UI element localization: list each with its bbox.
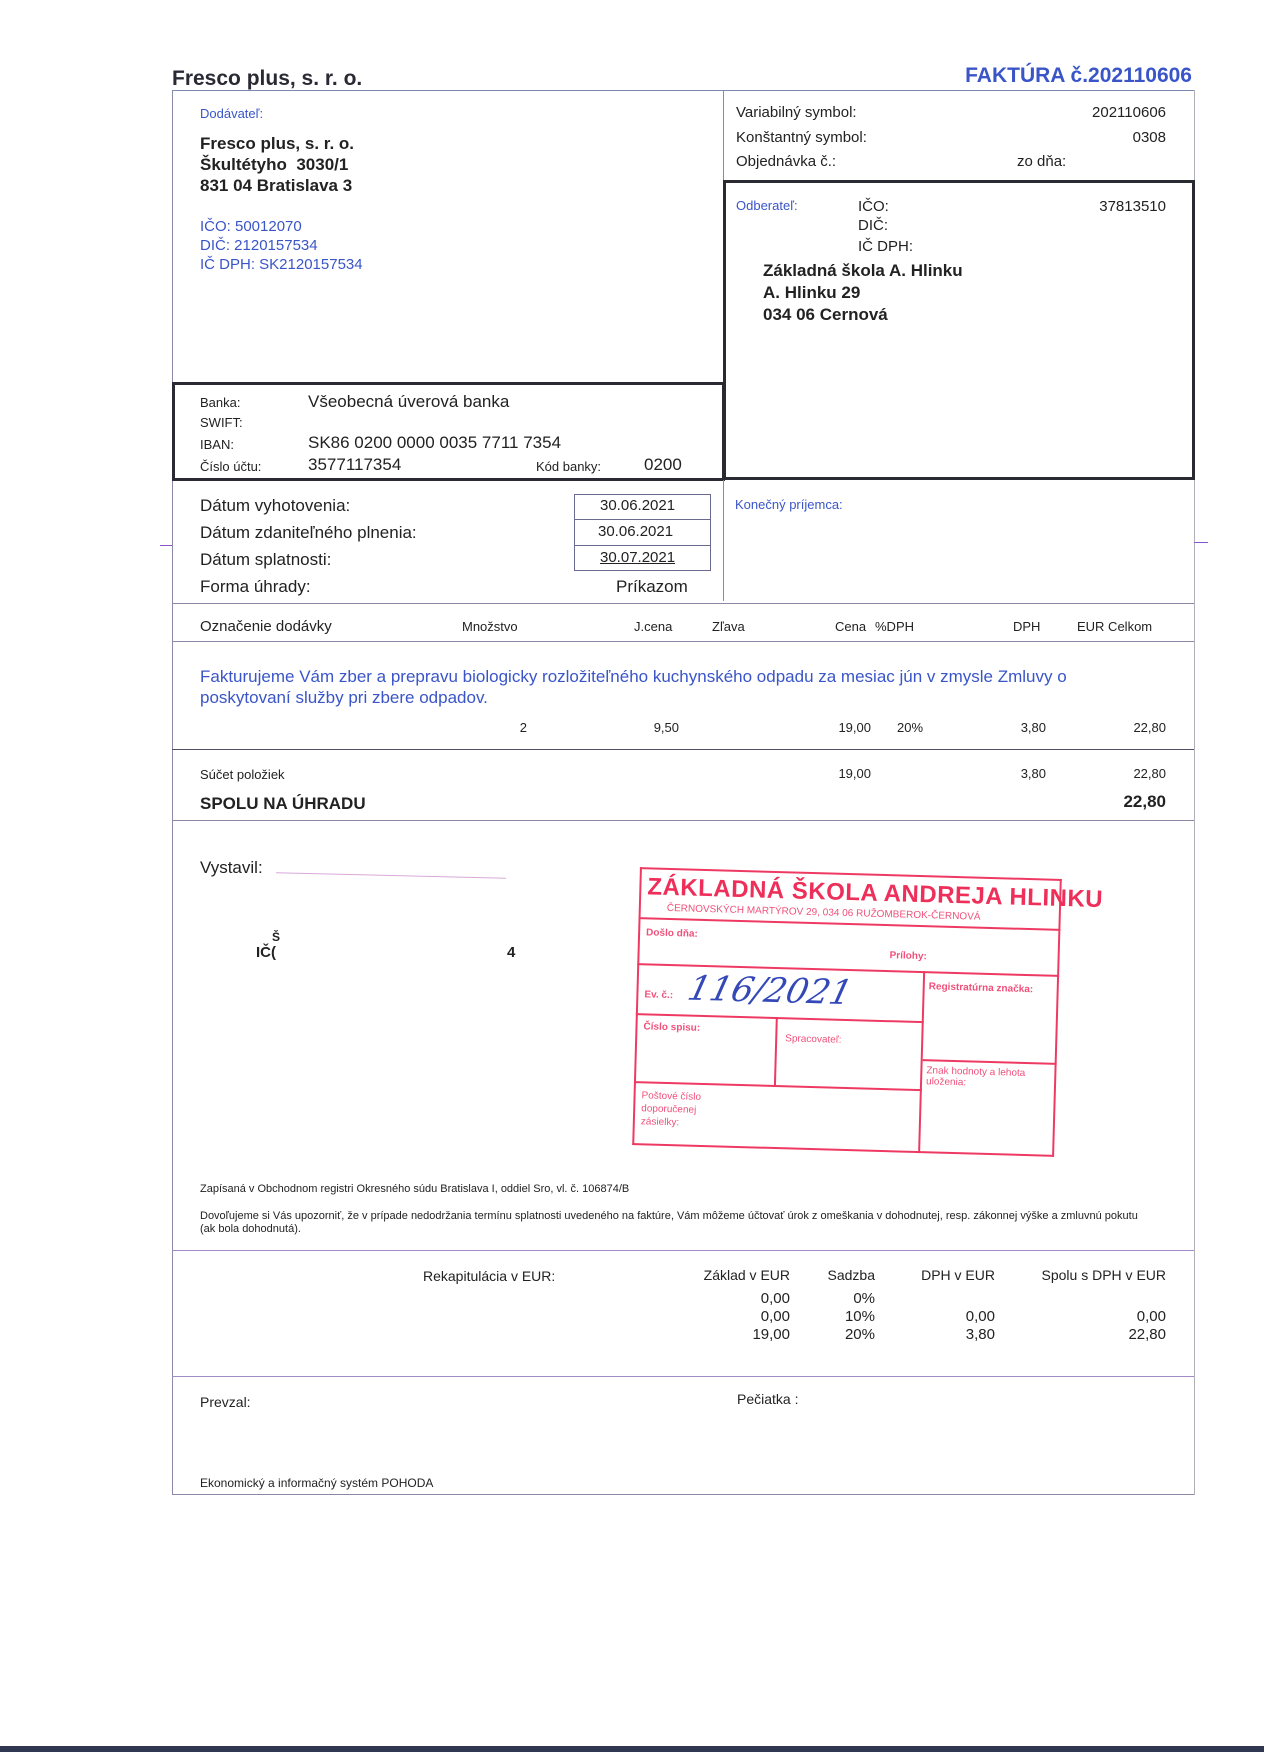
- constant-symbol-value: 0308: [1133, 129, 1166, 146]
- bank-code-label: Kód banky:: [536, 459, 601, 474]
- recap-row3-total: 22,80: [1128, 1326, 1166, 1343]
- scan-edge: [0, 1746, 1264, 1752]
- item-unit-price: 9,50: [654, 720, 679, 735]
- item-description: Fakturujeme Vám zber a prepravu biologic…: [200, 666, 1160, 708]
- due-date-label: Dátum splatnosti:: [200, 550, 331, 570]
- recap-row2-rate: 10%: [845, 1308, 875, 1325]
- constant-symbol-label: Konštantný symbol:: [736, 129, 867, 146]
- final-recipient-label: Konečný príjemca:: [735, 497, 843, 512]
- taxable-date-label: Dátum zdaniteľného plnenia:: [200, 523, 417, 543]
- sum-label: Súčet položiek: [200, 767, 285, 782]
- items-header-bottom: [172, 641, 1194, 642]
- issuer-partial-right: 4: [507, 944, 515, 961]
- order-number-label: Objednávka č.:: [736, 153, 836, 170]
- supplier-city: 831 04 Bratislava 3: [200, 176, 352, 196]
- payment-notice: Dovoľujeme si Vás upozorniť, že v prípad…: [200, 1210, 1140, 1236]
- payment-method-label: Forma úhrady:: [200, 577, 311, 597]
- items-header-top: [172, 603, 1194, 604]
- iban-label: IBAN:: [200, 437, 234, 452]
- item-price: 19,00: [838, 720, 871, 735]
- recap-row3-base: 19,00: [752, 1326, 790, 1343]
- date-divider-1: [574, 519, 711, 520]
- supplier-street: Škultétyho 3030/1: [200, 155, 348, 175]
- account-value: 3577117354: [308, 455, 401, 475]
- company-name: Fresco plus, s. r. o.: [172, 67, 362, 91]
- pay-total-label: SPOLU NA ÚHRADU: [200, 794, 366, 814]
- stamp-received-label: Došlo dňa:: [646, 927, 698, 939]
- sum-price: 19,00: [838, 766, 871, 781]
- customer-box: [723, 180, 1195, 480]
- recap-row2-base: 0,00: [761, 1308, 790, 1325]
- legal-bottom: [172, 1250, 1194, 1251]
- customer-dic-label: DIČ:: [858, 217, 888, 234]
- col-unit-price: J.cena: [634, 619, 672, 634]
- stamp-handler-label: Spracovateľ:: [785, 1033, 842, 1046]
- frame-left: [172, 90, 173, 1495]
- customer-ico-value: 37813510: [1099, 198, 1166, 215]
- item-total: 22,80: [1133, 720, 1166, 735]
- recap-row1-rate: 0%: [853, 1290, 875, 1307]
- stamp-ev-value: 116/2021: [684, 969, 856, 1013]
- recap-label: Rekapitulácia v EUR:: [423, 1268, 555, 1284]
- recap-header-total: Spolu s DPH v EUR: [1042, 1267, 1166, 1283]
- stamp-registry-label: Registratúrna značka:: [929, 981, 1034, 995]
- customer-ic-dph-label: IČ DPH:: [858, 238, 913, 255]
- account-label: Číslo účtu:: [200, 459, 261, 474]
- stamp-file-no-label: Číslo spisu:: [643, 1021, 700, 1034]
- recap-header-rate: Sadzba: [828, 1267, 875, 1283]
- customer-ico-label: IČO:: [858, 198, 889, 215]
- col-total: EUR Celkom: [1077, 619, 1152, 634]
- side-tick-right: [1194, 542, 1208, 543]
- item-vat: 3,80: [1021, 720, 1046, 735]
- swift-label: SWIFT:: [200, 415, 243, 430]
- sum-total: 22,80: [1133, 766, 1166, 781]
- stamp-area-label: Pečiatka :: [737, 1391, 798, 1407]
- col-price: Cena: [835, 619, 866, 634]
- recap-row2-total: 0,00: [1137, 1308, 1166, 1325]
- stamp-attachments-label: Prílohy:: [889, 950, 927, 962]
- stamp-ev-label: Ev. č.:: [644, 989, 673, 1001]
- received-by-label: Prevzal:: [200, 1394, 251, 1410]
- issuer-signature-line: [276, 872, 506, 879]
- variable-symbol-label: Variabilný symbol:: [736, 104, 857, 121]
- taxable-date-value: 30.06.2021: [598, 523, 673, 540]
- items-bottom: [172, 749, 1194, 750]
- supplier-ic-dph: IČ DPH: SK2120157534: [200, 256, 363, 273]
- stamp-retention-label: Znak hodnoty a lehota uloženia:: [926, 1065, 1052, 1090]
- bank-value: Všeobecná úverová banka: [308, 392, 509, 412]
- supplier-ico: IČO: 50012070: [200, 218, 302, 235]
- item-quantity: 2: [520, 720, 527, 735]
- col-quantity: Množstvo: [462, 619, 518, 634]
- recap-header-base: Základ v EUR: [704, 1267, 790, 1283]
- iban-value: SK86 0200 0000 0035 7711 7354: [308, 433, 561, 453]
- variable-symbol-value: 202110606: [1092, 104, 1166, 121]
- item-vat-pct: 20%: [897, 720, 923, 735]
- recap-row1-base: 0,00: [761, 1290, 790, 1307]
- bank-code-value: 0200: [644, 455, 682, 475]
- supplier-label: Dodávateľ:: [200, 106, 263, 121]
- frame-middle-top: [723, 90, 724, 181]
- col-vat-pct: %DPH: [875, 619, 914, 634]
- supplier-dic: DIČ: 2120157534: [200, 237, 318, 254]
- recap-row3-rate: 20%: [845, 1326, 875, 1343]
- due-date-value: 30.07.2021: [600, 549, 675, 566]
- customer-city: 034 06 Cernová: [763, 305, 888, 325]
- issuer-partial-left: IČ(: [256, 944, 276, 961]
- frame-bottom: [172, 1494, 1194, 1495]
- col-discount: Zľava: [712, 619, 745, 634]
- sum-vat: 3,80: [1021, 766, 1046, 781]
- recap-header-vat: DPH v EUR: [921, 1267, 995, 1283]
- software-note: Ekonomický a informačný systém POHODA: [200, 1476, 433, 1490]
- issuer-label: Vystavil:: [200, 858, 263, 878]
- invoice-title: FAKTÚRA č.202110606: [965, 64, 1192, 88]
- recap-row2-vat: 0,00: [966, 1308, 995, 1325]
- supplier-name: Fresco plus, s. r. o.: [200, 134, 354, 154]
- register-note: Zapísaná v Obchodnom registri Okresného …: [200, 1183, 629, 1195]
- recap-row3-vat: 3,80: [966, 1326, 995, 1343]
- registry-stamp: ZÁKLADNÁ ŠKOLA ANDREJA HLINKU ČERNOVSKÝC…: [632, 867, 1062, 1157]
- dates-divider: [723, 480, 724, 601]
- order-date-label: zo dňa:: [1017, 153, 1066, 170]
- col-description: Označenie dodávky: [200, 618, 332, 635]
- side-tick-left: [160, 545, 172, 546]
- pay-total-value: 22,80: [1123, 792, 1166, 812]
- customer-name: Základná škola A. Hlinku: [763, 261, 963, 281]
- recap-bottom: [172, 1376, 1194, 1377]
- sum-bottom: [172, 820, 1194, 821]
- col-vat: DPH: [1013, 619, 1040, 634]
- issue-date-label: Dátum vyhotovenia:: [200, 496, 350, 516]
- issue-date-value: 30.06.2021: [600, 497, 675, 514]
- customer-street: A. Hlinku 29: [763, 283, 860, 303]
- stamp-postal-label: Poštové číslo doporučenej zásielky:: [641, 1089, 722, 1130]
- issuer-partial-top: Š: [272, 930, 280, 944]
- bank-label: Banka:: [200, 395, 240, 410]
- payment-method-value: Príkazom: [616, 577, 688, 597]
- date-divider-2: [574, 545, 711, 546]
- customer-label: Odberateľ:: [736, 198, 798, 213]
- frame-top: [172, 90, 1194, 91]
